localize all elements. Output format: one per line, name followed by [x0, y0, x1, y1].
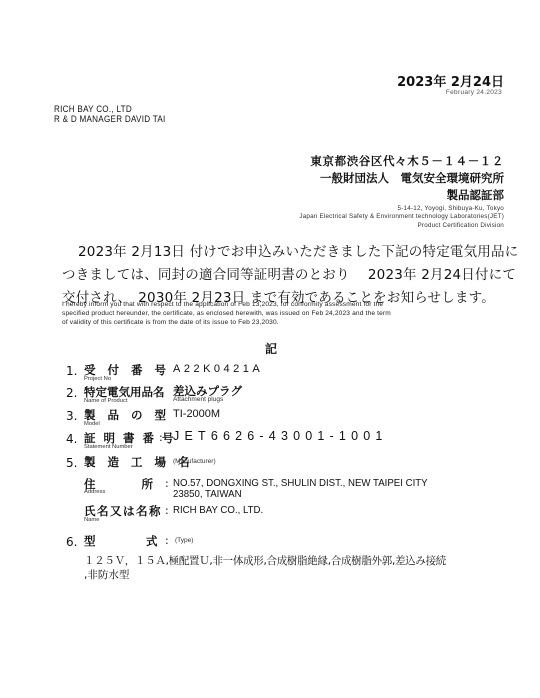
item-6-label-a: 型 [84, 533, 96, 549]
recipient-company: RICH BAY CO., LTD [54, 104, 132, 114]
product-name-en: Attachment plugs [173, 396, 223, 403]
item-5-suffix: (Manufacturer) [173, 458, 216, 465]
body-en-line-2: specified product hereunder, the certifi… [62, 310, 391, 317]
project-number-value: A22K0421A [173, 363, 263, 375]
name-separator: : [165, 504, 169, 517]
item-1-sublabel: Project No [84, 376, 111, 382]
manufacturer-address-line-2: 23850, TAIWAN [173, 488, 242, 500]
body-jp-line-2: つきましては、同封の適合同等証明書のとおり 2023年 2月24日付にて [62, 263, 516, 283]
item-4-separator: : [159, 431, 163, 444]
item-6-number: 6. [66, 535, 77, 549]
item-4-number: 4. [66, 432, 77, 446]
item-1-number: 1. [66, 364, 77, 378]
ki-heading: 記 [265, 340, 277, 357]
model-value: TI-2000M [173, 408, 220, 420]
type-description-line-1: １２５Ｖ，１５Ａ,極配置Ｕ,非一体成形,合成樹脂絶縁,合成樹脂外郭,差込み接続 [84, 553, 446, 568]
item-3-number: 3. [66, 409, 77, 423]
manufacturer-name-value: RICH BAY CO., LTD. [173, 504, 263, 516]
recipient-title-name: R & D MANAGER DAVID TAI [54, 114, 166, 124]
item-5-number: 5. [66, 456, 77, 470]
item-2-sublabel: Name of Product [84, 398, 128, 404]
issuer-org-en: Japan Electrical Safety & Environment te… [299, 213, 504, 220]
address-sublabel: Address [84, 489, 105, 495]
item-4-sublabel: Statement Number [84, 444, 133, 450]
type-description-line-2: ,非防水型 [84, 567, 129, 582]
item-1-separator: : [159, 363, 163, 376]
address-separator: : [165, 477, 169, 490]
item-2-separator: : [159, 385, 163, 398]
statement-number-value: JET6626-43001-1001 [173, 429, 388, 443]
issuer-org-jp: 一般財団法人 電気安全環境研究所 [320, 170, 504, 186]
issue-date-jp: 2023年 2月24日 [397, 71, 504, 90]
item-6-suffix: (Type) [175, 537, 193, 544]
body-en-line-1: I hereby inform you that with respect to… [62, 301, 383, 308]
item-6-separator: : [165, 534, 169, 547]
issue-date-en: February 24.2023 [446, 89, 502, 96]
body-jp-line-1: 2023年 2月13日 付けでお申込みいただきました下記の特定電気用品に [78, 240, 518, 260]
issuer-address-jp: 東京都渋谷区代々木５－１４－１２ [310, 153, 504, 169]
item-6-label-b: 式 [146, 533, 158, 549]
item-2-number: 2. [66, 386, 77, 400]
issuer-division-en: Product Certification Division [418, 222, 505, 229]
item-3-separator: : [159, 408, 163, 421]
issuer-division-jp: 製品認証部 [447, 187, 505, 203]
issuer-address-en: 5-14-12, Yoyogi, Shibuya-Ku, Tokyo [398, 205, 504, 212]
name-sublabel: Name [84, 517, 99, 523]
body-en-line-3: of validity of this certificate is from … [62, 319, 279, 326]
item-3-sublabel: Model [84, 421, 100, 427]
